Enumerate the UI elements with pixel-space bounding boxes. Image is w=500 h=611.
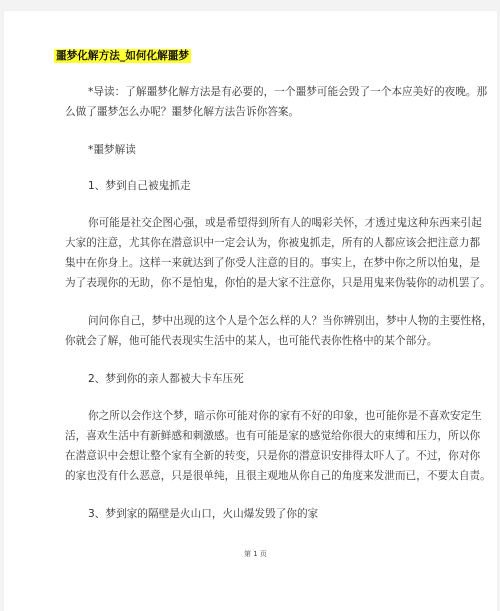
intro-line-1: *导读：了解噩梦化解方法是有必要的，一个噩梦可能会毁了一个本应美好的夜晚。那 [88,85,487,99]
intro-line-2: 么做了噩梦怎么办呢？噩梦化解方法告诉你答案。 [65,105,299,119]
section-heading: *噩梦解读 [88,143,136,157]
section-1-heading: 1、梦到自己被鬼抓走 [88,179,191,193]
section-1-para-1-line-2: 大家的注意，尤其你在潜意识中一定会认为，你被鬼抓走，所有的人都应该会把注意力都 [65,236,480,250]
document-page: 噩梦化解方法_如何化解噩梦 *导读：了解噩梦化解方法是有必要的，一个噩梦可能会毁… [4,11,497,594]
section-2-para-1-line-2: 活，喜欢生活中有新鲜感和刺激感。也有可能是家的感觉给你很大的束缚和压力，所以你 [65,429,480,443]
section-2-para-1-line-4: 的家也没有什么恶意，只是很单纯，且很主观地从你自己的角度来发泄而已，不要太自责。 [65,469,491,483]
document-title: 噩梦化解方法_如何化解噩梦 [54,49,191,63]
section-1-para-2-line-2: 你就会了解，他可能代表现实生活中的某人，也可能代表你性格中的某个部分。 [65,334,438,348]
section-1-para-1-line-4: 为了表现你的无助，你不是怕鬼，你怕的是大家不注意你，只是用鬼来伪装你的动机罢了。 [65,276,491,290]
section-1-para-2-line-1: 问问你自己，梦中出现的这个人是个怎么样的人？当你辨别出，梦中人物的主要性格， [88,314,492,328]
section-1-para-1-line-1: 你可能是社交企图心强，或是希望得到所有人的喝彩关怀，才透过鬼这种东西来引起 [88,216,482,230]
section-1-para-1-line-3: 集中在你身上。这样一来就达到了你受人注意的目的。事实上，在梦中你之所以怕鬼，是 [65,256,480,270]
section-3-heading: 3、梦到家的隔壁是火山口，火山爆发毁了你的家 [88,507,318,521]
section-2-para-1-line-1: 你之所以会作这个梦，暗示你可能对你的家有不好的印象，也可能你是不喜欢安定生 [88,409,482,423]
page-number: 第 1 页 [244,549,267,559]
section-2-heading: 2、梦到你的亲人都被大卡车压死 [88,372,244,386]
section-2-para-1-line-3: 在潜意识中会想让整个家有全新的转变，只是你的潜意识安排得太吓人了。不过，你对你 [65,449,480,463]
